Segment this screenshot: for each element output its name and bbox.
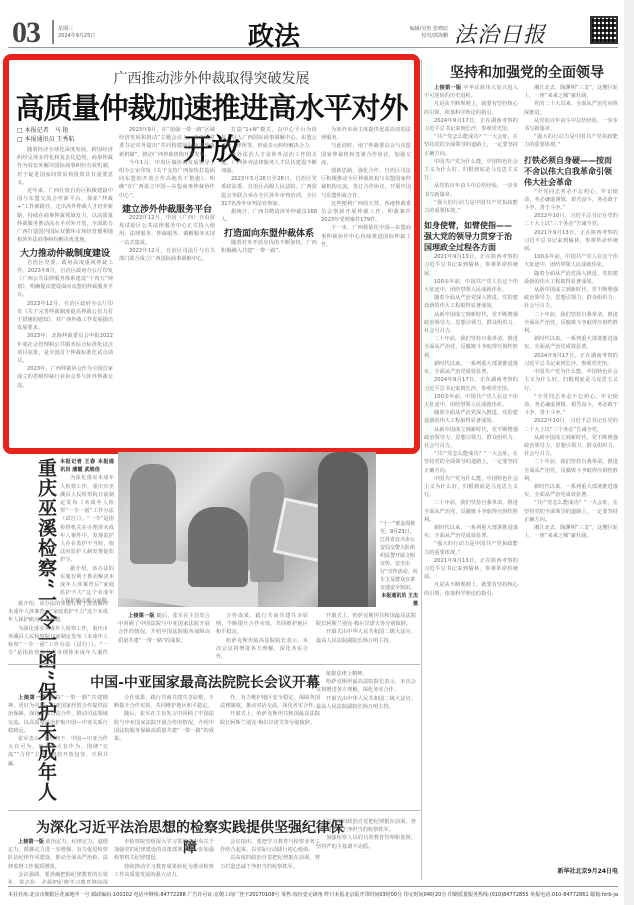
paragraph: “强大的行动力是中国共产党执政能力的重要体现。”	[424, 199, 518, 215]
paragraph: 从新中国成立到新时代，党不断增强政治领导力、思想引领力、群众组织力、社会号召力。	[524, 434, 618, 459]
paragraph: 随着全面从严治党深入推进，党的建设新的伟大工程取得显著成效。	[524, 270, 618, 286]
paragraph: “共产党怎么能成功？”一大会址，在坚持党的全面领导的道路上，一定要坚持正确方向。	[524, 499, 618, 524]
paragraph: 这些便利广西的天然、各地仲裁委员会创新开展仲裁工作，仲裁案件2023年受理案件1…	[321, 200, 411, 225]
paragraph: 2021年9月13日，正在陕西考察的习近平总书记来到榆林，参观革命传统展。	[424, 557, 518, 582]
paragraph: 新时代以来，一系列重大部署推进落实，全面从严治党成效显著。	[524, 335, 618, 351]
paragraph: “强大的行动力是中国共产党执政能力的重要体现。”	[524, 133, 618, 149]
paragraph: 哈萨克斯坦最高法院院长表示，本次会议将增进各方理解，深化务实合作。	[316, 678, 416, 694]
paragraph: 据介绍，该办法的实施有利于推动解决未成年人涉案背后“家庭监护不力”这个未成年人保…	[8, 600, 108, 625]
paragraph: 加强检察人员的日常教育管理和监督，坚持严的主基调不动摇。	[316, 834, 416, 850]
paragraph: 与此同时，南宁仲裁委员会与东盟国家仲裁机构签署合作协议，加强交流。	[321, 142, 411, 167]
side-article-continued: 据介绍，该办法的实施有利于推动解决未成年人涉案背后“家庭监护不力”这个未成年人保…	[8, 600, 108, 656]
editors: 编辑/吴怡 张晓辰	[396, 26, 448, 33]
paragraph: 凡是从不断规则上，就要有坚持核心的引领，依靠科学理论的指引。	[424, 581, 518, 597]
paragraph: 打造“1+N”模式，以中心平台为依托，引入广西国际商事调解中心、东盟公证处、律所…	[221, 126, 317, 151]
qr-code-icon[interactable]	[590, 16, 618, 44]
paragraph: 开幕式由中华人民共和国二级大法官、最高人民法院副院长杨万明主持。	[316, 695, 416, 711]
paragraph: 为深化落实未成年人检察工作，重庆市巫溪县人民检察院日前制定发布《未成年人检察“一…	[60, 474, 114, 564]
right-article-title: 坚持和加强党的全面领导	[432, 62, 622, 82]
paragraph: 2021年9月13日，正在陕西考察的习近平总书记来到榆林，参观革命传统展。	[524, 229, 618, 254]
article3-column-1: 上接第一版 政治定力、纪律定力，道德定力，抵御定力进一步增强，有力促进检察队伍纪…	[8, 838, 108, 884]
paragraph: 作，有力维护地区安全稳定，保障各国法律制度，推动对话交流，深化务实合作。	[220, 694, 320, 710]
photo-person	[188, 507, 248, 587]
lower-article-col-2: 合作成果，践行共商共建共享原则，不断提升合作实效，共同维护地区和平稳定。 哈萨克…	[216, 612, 308, 662]
article2-title: 中国-中亚国家最高法院院长会议开幕	[70, 672, 340, 692]
side-byline: 本报记者 王春 本报通讯员 潘霞 武维佳	[60, 458, 114, 474]
masthead: 03 星期三 2024年9月25日 政法 编辑/吴怡 张晓辰 校对/郭海鹏 法治…	[8, 14, 618, 48]
lead-article-highlight[interactable]: 广西推动涉外仲裁取得突破发展 高质量仲裁加速推进高水平对外开放 □ 本报记者 马…	[3, 54, 420, 454]
paragraph: 从新中国成立到新时代，党不断增强政治领导力、思想引领力、群众组织力、社会号召力。	[424, 311, 518, 336]
paragraph: 二十年前，我们坚持自我革命，推进全面从严治党，反腐败斗争取得压倒性胜利。	[524, 311, 618, 336]
editor-credits: 编辑/吴怡 张晓辰 校对/郭海鹏	[396, 26, 448, 40]
continued-label: 上接第一版	[18, 695, 47, 701]
paragraph: 上接第一版 政治定力、纪律定力，道德定力，抵御定力进一步增强，有力促进检察队伍纪…	[8, 838, 108, 871]
paragraph: 2022年10月，习近平总书记在党的二十大上以“三个务必”告诫全党。	[524, 212, 618, 228]
paragraph: 张军表示，新形势下，中国—中亚合作大有可为，也必将大有作为。围绕“交流”“合作”…	[8, 735, 108, 768]
paragraph: 哈萨克斯坦最高法院院长表示，本次会议将增进各方理解，深化务实合作。	[216, 637, 308, 662]
paragraph: 凡是从不断规则上，就要有坚持核心的引领，依靠科学理论的指引。	[424, 100, 518, 116]
paragraph: 100多年前，中国共产党人在这个伟大征途中，团结带领人民成就伟业。	[524, 253, 618, 269]
paragraph: 中国共产党为什么能，中国特色社会主义为什么好，归根到底是马克思主义行。	[524, 368, 618, 393]
side-article-body: 本报记者 王春 本报通讯员 潘霞 武维佳 为深化落实未成年人检察工作，重庆市巫溪…	[60, 458, 114, 606]
paragraph: 2023年9月，在“加强一带一路”区域经济发展和推动”主题会议上，自治区党委书记…	[119, 126, 215, 159]
paragraph: 会议强调，要准确把握纪律教育的长效化，常态化，必须把纪律学习教育推向深入。	[8, 871, 108, 884]
paragraph: 随后，张军在主旨发言中回顾了中国法院与中亚国家法院开展合作的情况，介绍中国法院服…	[114, 710, 214, 743]
paragraph: 2024年9月17日，正在湖南考察的习近平总书记来到长沙，参观党史馆。	[524, 352, 618, 368]
photo-person	[318, 452, 368, 607]
paragraph: 随着经济全球化深度发展，跨国经济纠纷呈现多样化和复杂化趋势。商事仲裁作为诉讼外解…	[17, 146, 113, 187]
paragraph: “共产党怎么能成功？”一大会址，在坚持党的全面领导的道路上，一定要坚持正确方向。	[424, 450, 518, 475]
paragraph: “共产党怎么能成功？”一大会址，在坚持党的全面领导的道路上，一定要坚持正确方向。	[424, 133, 518, 158]
byline-correspondent: □ 本报通讯员 王秀航	[17, 135, 74, 144]
paragraph: 随着全面从严治党深入推进，党的建设新的伟大工程取得显著成效。	[424, 294, 518, 310]
lower-article-col-1: 上接第一版 随后，张军在主旨发言中回顾了中国法院与中亚国家法院开展合作的情况，介…	[118, 612, 210, 662]
page-number: 03	[12, 16, 40, 50]
lead-column-1: 随着经济全球化深度发展，跨国经济纠纷呈现多样化和复杂化趋势。商事仲裁作为诉讼外解…	[17, 146, 113, 446]
paragraph: 随着全面从严治党深入推进，党的建设新的伟大工程取得显著成效。	[424, 409, 518, 425]
paragraph: 从新中国成立到新时代，党不断增强政治领导力、思想引领力、群众组织力、社会号召力。	[524, 286, 618, 311]
lead-kicker: 广西推动涉外仲裁取得突破发展	[9, 68, 414, 88]
paragraph: 持续推动学习教育成果转化为推动检察工作高质量发展的强大动力。	[114, 863, 214, 879]
paragraph: 2021年9月13日，正在陕西考察的习近平总书记来到榆林，参观革命传统展。	[424, 253, 518, 278]
divider	[8, 810, 420, 811]
paragraph: 开幕式上，哈萨克斯坦共和国最高法院院长阿斯兰别克·梅尔甘诺夫等分别致辞。	[316, 612, 416, 628]
paragraph: 湘江北去，陶渊明“三支”，这艘巨轮上，一座“来来之城”豪壮阔。	[524, 84, 618, 100]
newspaper-logo: 法治日报	[454, 18, 546, 49]
paragraph: 合作成果，践行共商共建共享原则，不断提升合作实效，共同维护地区和平稳定。	[114, 694, 214, 710]
dateline: 新华社北京9月24日电	[540, 866, 618, 875]
section-title: 政法	[248, 16, 300, 53]
paragraph: “全党同志务必不忘初心，牢记使命，务必谦虚谨慎、艰苦奋斗，务必敢于斗争、善于斗争…	[524, 188, 618, 213]
subheading: 打铁必须自身硬——按而不舍以伟大自我革命引领伟大社会革命	[524, 155, 618, 188]
paragraph: 2022年12月，自治区司法厅与有关部门联合成立广西国际商事调解中心。	[119, 247, 215, 263]
paragraph: 开幕式上，哈萨克斯坦共和国最高法院院长阿斯兰别克·梅尔甘诺夫等分别致辞。	[220, 710, 320, 726]
article2-column-1: 上接第一版 秉持“一带一路”共建精神，更好为中国—中亚国家经贸合作提供法治保障，…	[8, 694, 108, 810]
masthead-divider	[52, 20, 54, 44]
paragraph: 从党的百年奋斗中总结经验，一步步书写新篇章。	[524, 117, 618, 133]
article3-column-4: 以高度的政治自觉把纪律挺在前面，努力打造忠诚干净担当的检察铁军。 加强检察人员的…	[316, 818, 416, 884]
right-article-column-1: 上接第一版 中华民族伟大复兴进入不可逆转的历史进程。 凡是从不断规则上，就要有坚…	[424, 84, 518, 880]
continued-label: 上接第一版	[128, 613, 155, 619]
proofreader: 校对/郭海鹏	[396, 33, 448, 40]
paragraph: 新时代以来，一系列重大部署推进落实，全面从严治党成效显著。	[524, 483, 618, 499]
lead-column-3: 打造“1+N”模式，以中心平台为依托，引入广西国际商事调解中心、东盟公证处、律所…	[221, 126, 317, 446]
scrollbar[interactable]	[624, 0, 634, 905]
issue-date: 2024年9月25日	[58, 33, 95, 40]
photo-credit: 本报通讯员 王杰 摄	[380, 592, 418, 608]
paragraph: 2023年12月，自治区政府办公厅印发《关于完善仲裁制度提高仲裁公信力若干措施的…	[17, 300, 113, 333]
paragraph: 二十年前，我们坚持自我革命，推进全面从严治党，反腐败斗争取得压倒性胜利。	[524, 458, 618, 483]
paragraph: 从党的百年奋斗中总结经验，一步步书写新篇章。	[424, 182, 518, 198]
paragraph: 2023年12月，中国（广西）自由贸易试验区公共法律服务中心正式投入使用，法律服…	[119, 214, 215, 247]
paragraph: 2023年，广西仲裁协会作为全国首家成立的省级仲裁行业协会参与涉外仲裁交流。	[17, 365, 113, 390]
paragraph: 上接第一版 中华民族伟大复兴进入不可逆转的历史进程。	[424, 84, 518, 100]
article2-column-3: 作，有力维护地区安全稳定，保障各国法律制度，推动对话交流，深化务实合作。 开幕式…	[220, 694, 320, 810]
lead-column-2: 2023年9月，在“加强一带一路”区域经济发展和推动”主题会议上，自治区党委书记…	[119, 126, 215, 446]
paragraph: 中国共产党为什么能，中国特色社会主义为什么好，归根到底是马克思主义行。	[424, 158, 518, 183]
paragraph: 100多年前，中国共产党人在这个伟大征途中，团结带领人民成就伟业。	[424, 278, 518, 294]
paragraph: 据统计，广西共聘请涉外仲裁员168人。	[221, 208, 317, 224]
paragraph: 为深化落实未成年人检察工作，重庆市巫溪县人民检察院日前制定发布《未成年人检察“一…	[8, 625, 108, 656]
paragraph: 2024年9月17日，正在湖南考察的习近平总书记来到长沙，参观党史馆。	[424, 376, 518, 392]
paragraph: “全党同志务必不忘初心，牢记使命，务必谦虚谨慎、艰苦奋斗，务必敢于斗争、善于斗争…	[524, 393, 618, 418]
photo-person	[130, 464, 176, 564]
paragraph: 以高度的政治自觉把纪律挺在前面，努力打造忠诚干净担当的检察铁军。	[316, 818, 416, 834]
right-article-column-2: 湘江北去，陶渊明“三支”，这艘巨轮上，一座“来来之城”豪壮阔。 党的二十大以来，…	[524, 84, 618, 864]
paragraph: 新时代以来，一系列重大部署推进落实，全面从严治党成效显著。	[424, 360, 518, 376]
paragraph: 市检察院党组深入学习贯彻党中央关于加强党的纪律建设的决策部署，进一步加强检察机关…	[114, 838, 214, 863]
subheading: 如身使臂，如臂使指——强大党的领导力贯穿于治国理政全过程各方面	[424, 220, 518, 253]
paragraph: 二十年前，我们坚持自我革命，推进全面从严治党，反腐败斗争取得压倒性胜利。	[424, 499, 518, 524]
paragraph: 上接第一版 随后，张军在主旨发言中回顾了中国法院与中亚国家法院开展合作的情况，介…	[118, 612, 210, 645]
paragraph: 随着对外开放步伐的不断加快，广西积极融入共建“一带一路”。	[221, 239, 317, 255]
paragraph: 湘江北去，陶渊明“三支”，这艘巨轮上，一座“来来之城”豪壮阔。	[524, 524, 618, 540]
paragraph: 依据法律上精神。	[316, 670, 416, 678]
paragraph: “强大的行动力是中国共产党执政能力的重要体现。”	[424, 540, 518, 556]
lead-column-4: 为涉外市场主体提供优质高效的法律服务。 与此同时，南宁仲裁委员会与东盟国家仲裁机…	[321, 126, 411, 446]
paragraph: 涉外法治人才是涉外法治工作的关键。广西涉外法律服务人才队伍建设不断加强。	[221, 151, 317, 176]
footer-imprint: 本社社址:北京市朝阳区花家地甲一号 邮政编码:100102 电话中继线:8477…	[8, 886, 618, 898]
continued-label: 上接第一版	[434, 85, 461, 91]
paragraph: 2022年10月，习近平总书记在党的二十大上以“三个务必”告诫全党。	[524, 417, 618, 433]
paragraph: 近年来，广西壮族自治区积极建设中国与东盟交流合作新平台，探索“仲裁+”工作新路径…	[17, 187, 113, 244]
paragraph: 2023年，北海仲裁委员会申报2022年度社会管理和公共服务综合标准化试点项目获…	[17, 332, 113, 365]
paragraph: 从新中国成立到新时代，党不断增强政治领导力、思想引领力、群众组织力、社会号召力。	[424, 426, 518, 451]
article2-column-4: 依据法律上精神。 哈萨克斯坦最高法院院长表示，本次会议将增进各方理解，深化务实合…	[316, 670, 416, 810]
article3-column-3: 会议指出，要把学习教育与检察业务工作结合起来，以实际行动践行初心使命。 以高度的…	[220, 838, 320, 884]
date-block: 星期三 2024年9月25日	[58, 26, 95, 40]
paragraph: 创新思路，强化合作，自治区司法厅积极推动全区仲裁机构与东盟国家仲裁机构交流，签订…	[321, 167, 411, 200]
article3-column-2: 市检察院党组深入学习贯彻党中央关于加强党的纪律建设的决策部署，进一步加强检察机关…	[114, 838, 214, 884]
paragraph: 100多年前，中国共产党人在这个伟大征途中，团结带领人民成就伟业。	[424, 393, 518, 409]
subheading: 大力推动仲裁制度建设	[17, 250, 113, 258]
paragraph: 党的二十大以来，全面从严治党向纵深推进。	[524, 100, 618, 116]
lead-byline: □ 本报记者 马 艳 □ 本报通讯员 王秀航	[17, 126, 74, 144]
paragraph: 中国共产党为什么能，中国特色社会主义为什么好，归根到底是马克思主义行。	[424, 475, 518, 500]
paragraph: 2024年9月17日，正在湖南考察的习近平总书记来到长沙，参观党史馆。	[424, 117, 518, 133]
weekday: 星期三	[58, 26, 95, 33]
paragraph: 开幕式由中华人民共和国二级大法官、最高人民法院副院长杨万明主持。	[316, 628, 416, 644]
paragraph: 二十年前，我们坚持自我革命，推进全面从严治党，反腐败斗争取得压倒性胜利。	[424, 335, 518, 360]
subheading: 打造面向东盟仲裁体系	[221, 230, 317, 238]
column-divider	[421, 60, 422, 880]
paragraph: 下一步，广西将依托中国—东盟商事仲裁协作中心持续推进国际仲裁工作。	[321, 224, 411, 249]
news-photo[interactable]	[118, 452, 376, 607]
newspaper-page: 03 星期三 2024年9月25日 政法 编辑/吴怡 张晓辰 校对/郭海鹏 法治…	[0, 0, 634, 905]
byline-reporter: □ 本报记者 马 艳	[17, 126, 74, 135]
subheading: 建立涉外仲裁服务平台	[119, 206, 215, 214]
caption-text: “十一”黄金周将至，9月23日，江苏省宜兴市公安局交警大队组织民警开展文明宣传，…	[380, 520, 418, 592]
paragraph: 新时代以来，一系列重大部署推进落实，全面从严治党成效显著。	[424, 524, 518, 540]
paragraph: 会议指出，要把学习教育与检察业务工作结合起来，以实际行动践行初心使命。	[220, 838, 320, 854]
article2-column-2: 合作成果，践行共商共建共享原则，不断提升合作实效，共同维护地区和平稳定。 随后，…	[114, 694, 214, 810]
photo-caption: “十一”黄金周将至，9月23日，江苏省宜兴市公安局交警大队组织民警开展文明宣传，…	[380, 520, 418, 608]
divider	[8, 664, 420, 665]
paragraph: 合作成果，践行共商共建共享原则，不断提升合作实效，共同维护地区和平稳定。	[216, 612, 308, 637]
paragraph: 2023年5月26日至28日，自治区党委政法委、自治区高级人民法院、广西贸促会等…	[221, 175, 317, 208]
lower-article-col-3: 开幕式上，哈萨克斯坦共和国最高法院院长阿斯兰别克·梅尔甘诺夫等分别致辞。 开幕式…	[316, 612, 416, 662]
paragraph: 上接第一版 秉持“一带一路”共建精神，更好为中国—中亚国家经贸合作提供法治保障，…	[8, 694, 108, 735]
paragraph: 今年1月，中央区域协调发展领导小组办公室印发《关于支持广西加快打造面向东盟的开放…	[119, 159, 215, 200]
paragraph: 自治区党委、政府高度重视仲裁工作。2023年8月，自治区政府办公厅印发《广西公共…	[17, 259, 113, 300]
continued-label: 上接第一版	[18, 839, 44, 845]
paragraph: 为涉外市场主体提供优质高效的法律服务。	[321, 126, 411, 142]
paragraph: 以高度的政治自觉把纪律挺在前面，努力打造忠诚干净担当的检察铁军。	[220, 854, 320, 870]
